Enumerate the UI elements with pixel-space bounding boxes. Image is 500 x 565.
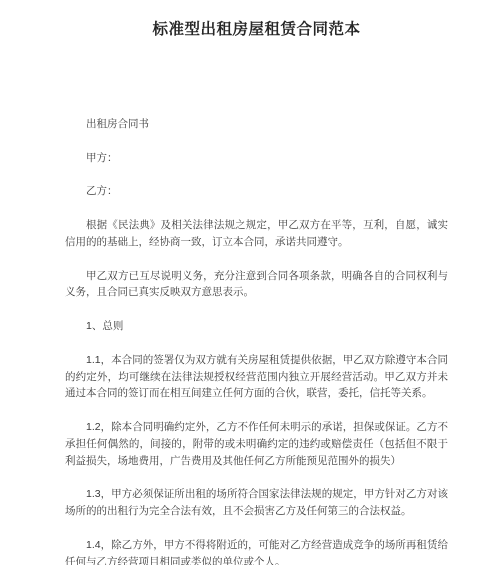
clause-1-1: 1.1，本合同的签署仅为双方就有关房屋租赁提供依据，甲乙双方除遵守本合同的约定外… xyxy=(65,352,448,402)
doc-heading-line: 出租房合同书 xyxy=(65,116,448,133)
clause-1-4: 1.4，除乙方外，甲方不得将附近的，可能对乙方经营造成竞争的场所再租赁给任何与乙… xyxy=(65,537,448,565)
document-title: 标准型出租房屋租赁合同范本 xyxy=(65,19,448,41)
section-1-title: 1、总则 xyxy=(65,318,448,335)
party-a-line: 甲方： xyxy=(65,150,448,167)
contract-document-page: 标准型出租房屋租赁合同范本 出租房合同书 甲方： 乙方： 根据《民法典》及相关法… xyxy=(0,0,500,565)
mutual-disclosure-paragraph: 甲乙双方已互尽说明义务，充分注意到合同各项条款，明确各自的合同权利与义务，且合同… xyxy=(65,268,448,302)
preamble-paragraph: 根据《民法典》及相关法律法规之规定，甲乙双方在平等，互利，自愿，诚实信用的的基础… xyxy=(65,217,448,251)
clause-1-3: 1.3，甲方必须保证所出租的场所符合国家法律法规的规定，甲方针对乙方对该场所的的… xyxy=(65,486,448,520)
party-b-line: 乙方： xyxy=(65,183,448,200)
clause-1-2: 1.2，除本合同明确约定外，乙方不作任何未明示的承诺，担保或保证。乙方不承担任何… xyxy=(65,419,448,469)
